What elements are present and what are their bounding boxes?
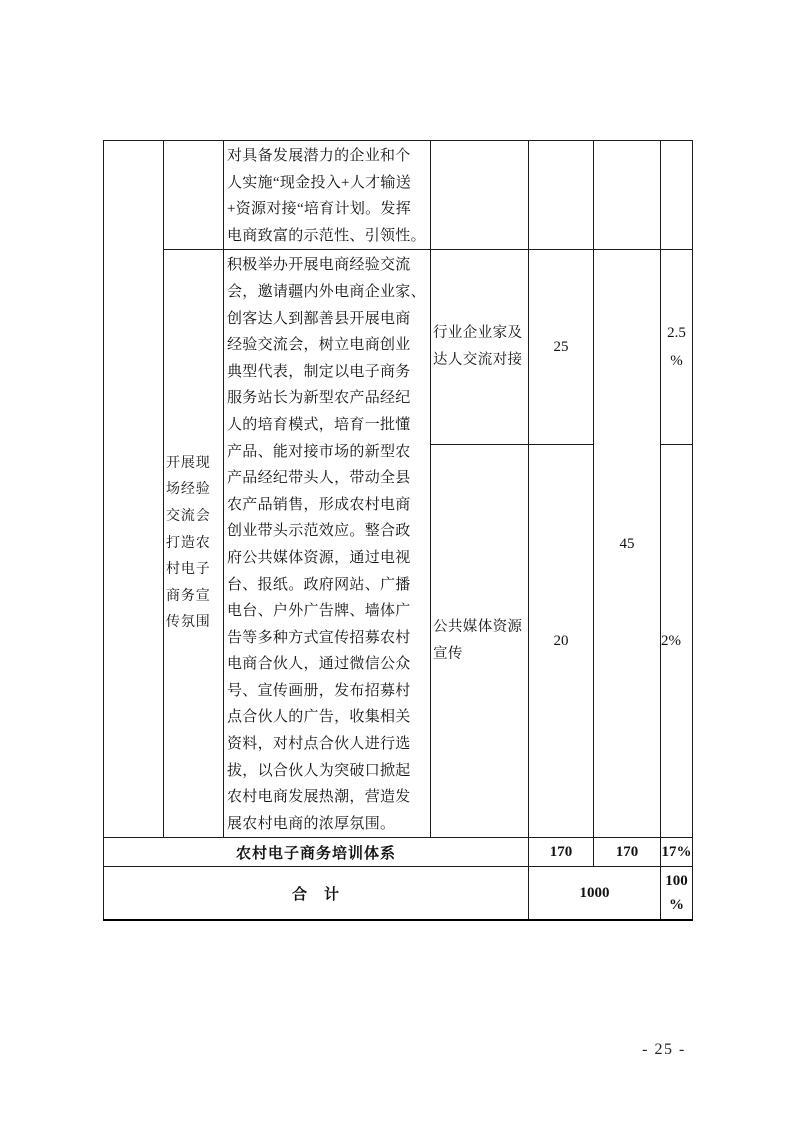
table-row-training-total: 农村电子商务培训体系 170 170 17% (104, 838, 693, 867)
subcategory-cell-empty (164, 141, 224, 250)
training-total-amount-a: 170 (529, 838, 594, 867)
table-row-grand-total: 合 计 1000 100 % (104, 867, 693, 920)
training-total-amount-b: 170 (594, 838, 661, 867)
table-row: 对具备发展潜力的企业和个 人实施“现金投入+人才输送 +资源对接“培育计划。发挥… (104, 141, 693, 250)
continuation-description-cell: 对具备发展潜力的企业和个 人实施“现金投入+人才输送 +资源对接“培育计划。发挥… (224, 141, 431, 250)
item-name-cell: 行业企业家及 达人交流对接 (431, 250, 529, 444)
item-name-text: 行业企业家及 达人交流对接 (431, 320, 528, 374)
item-name-cell: 公共媒体资源 宣传 (431, 444, 529, 838)
item-percent-cell: 2% (661, 444, 693, 838)
table-row: 开展现场经验交流会 打造农村电子商务宣传氛围 积极举办开展电商经验交流 会，邀请… (104, 250, 693, 444)
activity-description-text: 积极举办开展电商经验交流 会，邀请疆内外电商企业家、 创客达人到鄯善县开展电商 … (224, 250, 430, 837)
item-name-text: 公共媒体资源 宣传 (431, 614, 528, 668)
empty-cell (529, 141, 594, 250)
ecommerce-training-budget-table: 对具备发展潜力的企业和个 人实施“现金投入+人才输送 +资源对接“培育计划。发挥… (103, 140, 693, 921)
item-amount-cell: 20 (529, 444, 594, 838)
document-page: 对具备发展潜力的企业和个 人实施“现金投入+人才输送 +资源对接“培育计划。发挥… (0, 0, 793, 1122)
grand-total-percent: 100 % (661, 867, 693, 920)
activity-description-cell: 积极举办开展电商经验交流 会，邀请疆内外电商企业家、 创客达人到鄯善县开展电商 … (224, 250, 431, 838)
page-number: - 25 - (633, 1041, 695, 1059)
subcategory-text: 开展现场经验交流会 打造农村电子商务宣传氛围 (164, 451, 223, 637)
category-cell-empty (104, 141, 164, 838)
subcategory-cell: 开展现场经验交流会 打造农村电子商务宣传氛围 (164, 250, 224, 838)
item-amount-cell: 25 (529, 250, 594, 444)
empty-cell (594, 141, 661, 250)
grand-total-amount: 1000 (529, 867, 661, 920)
block-total-cell: 45 (594, 250, 661, 838)
continuation-description-text: 对具备发展潜力的企业和个 人实施“现金投入+人才输送 +资源对接“培育计划。发挥… (224, 141, 430, 249)
training-total-percent: 17% (661, 838, 693, 867)
training-total-label: 农村电子商务培训体系 (104, 838, 529, 867)
empty-cell (661, 141, 693, 250)
grand-total-label: 合 计 (104, 867, 529, 920)
empty-cell (431, 141, 529, 250)
item-percent-cell: 2.5 % (661, 250, 693, 444)
